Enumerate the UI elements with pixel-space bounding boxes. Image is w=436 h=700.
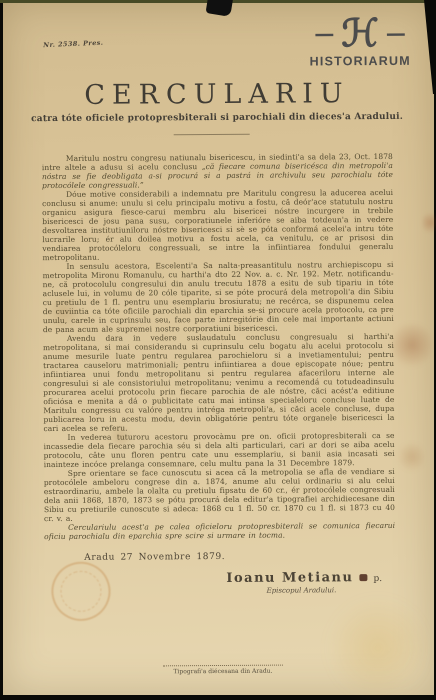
paragraph-1: Maritulu nostru congresu natiunalu biser…: [42, 152, 393, 190]
signature-block: Ioanu Metianu p. Episcopul Aradului.: [226, 570, 376, 595]
paragraph-5: In vederea tuturoru acestoru provocàmu p…: [44, 431, 395, 469]
watermark-monogram: — ℋ —: [300, 14, 420, 53]
watermark-label: HISTORIARUM: [300, 54, 420, 69]
document-paper: Nr. 2538. Pres. — ℋ — HISTORIARUM CERCUL…: [3, 3, 434, 695]
paper-stain: [399, 440, 425, 474]
watermark-dash-left: —: [314, 23, 334, 43]
photo-backdrop: Nr. 2538. Pres. — ℋ — HISTORIARUM CERCUL…: [0, 0, 436, 700]
date-line: Aradu 27 Novembre 1879.: [84, 552, 225, 563]
signature-name-text: Ioanu Metianu: [226, 570, 353, 586]
paragraph-3: In sensulu acestora, Escelenti'a Sa nalt…: [42, 260, 393, 334]
document-content: Nr. 2538. Pres. — ℋ — HISTORIARUM CERCUL…: [1, 2, 436, 697]
round-stamp-inner-ring: [55, 565, 107, 617]
paragraph-2: Dóue motive considerabili a indemnatu pr…: [42, 188, 393, 262]
ornate-h-icon: ℋ: [341, 14, 379, 52]
paragraph-4: Avendu dara in vedere suslaudatulu concl…: [43, 332, 395, 433]
signature-name: Ioanu Metianu p.: [226, 570, 376, 586]
ink-blot-icon: [359, 574, 367, 581]
watermark-dash-right: —: [386, 23, 406, 43]
letter-body: Maritulu nostru congresu natiunalu biser…: [42, 152, 395, 541]
paragraph-7: Cerculariulu acest'a pe calea oficieloru…: [44, 521, 395, 541]
paragraph-6: Spre orientare se face cunoscutu si acea…: [44, 467, 395, 523]
paper-stain: [422, 210, 436, 236]
page-subtitle: catra tóte oficiele protopresbiterali si…: [2, 112, 433, 125]
title-divider: [174, 134, 250, 135]
ref-number: Nr. 2538. Pres.: [43, 39, 104, 49]
page-title: CERCULARIU: [1, 78, 432, 112]
printer-imprint: Tipografi'a diécesana din Aradu.: [163, 665, 283, 676]
signature-title: Episcopul Aradului.: [226, 586, 376, 595]
historiarum-watermark: — ℋ — HISTORIARUM: [300, 14, 420, 69]
signature-suffix: p.: [373, 574, 382, 584]
paper-stain: [323, 598, 434, 699]
paper-stain: [391, 320, 433, 370]
round-stamp-icon: [44, 554, 119, 629]
